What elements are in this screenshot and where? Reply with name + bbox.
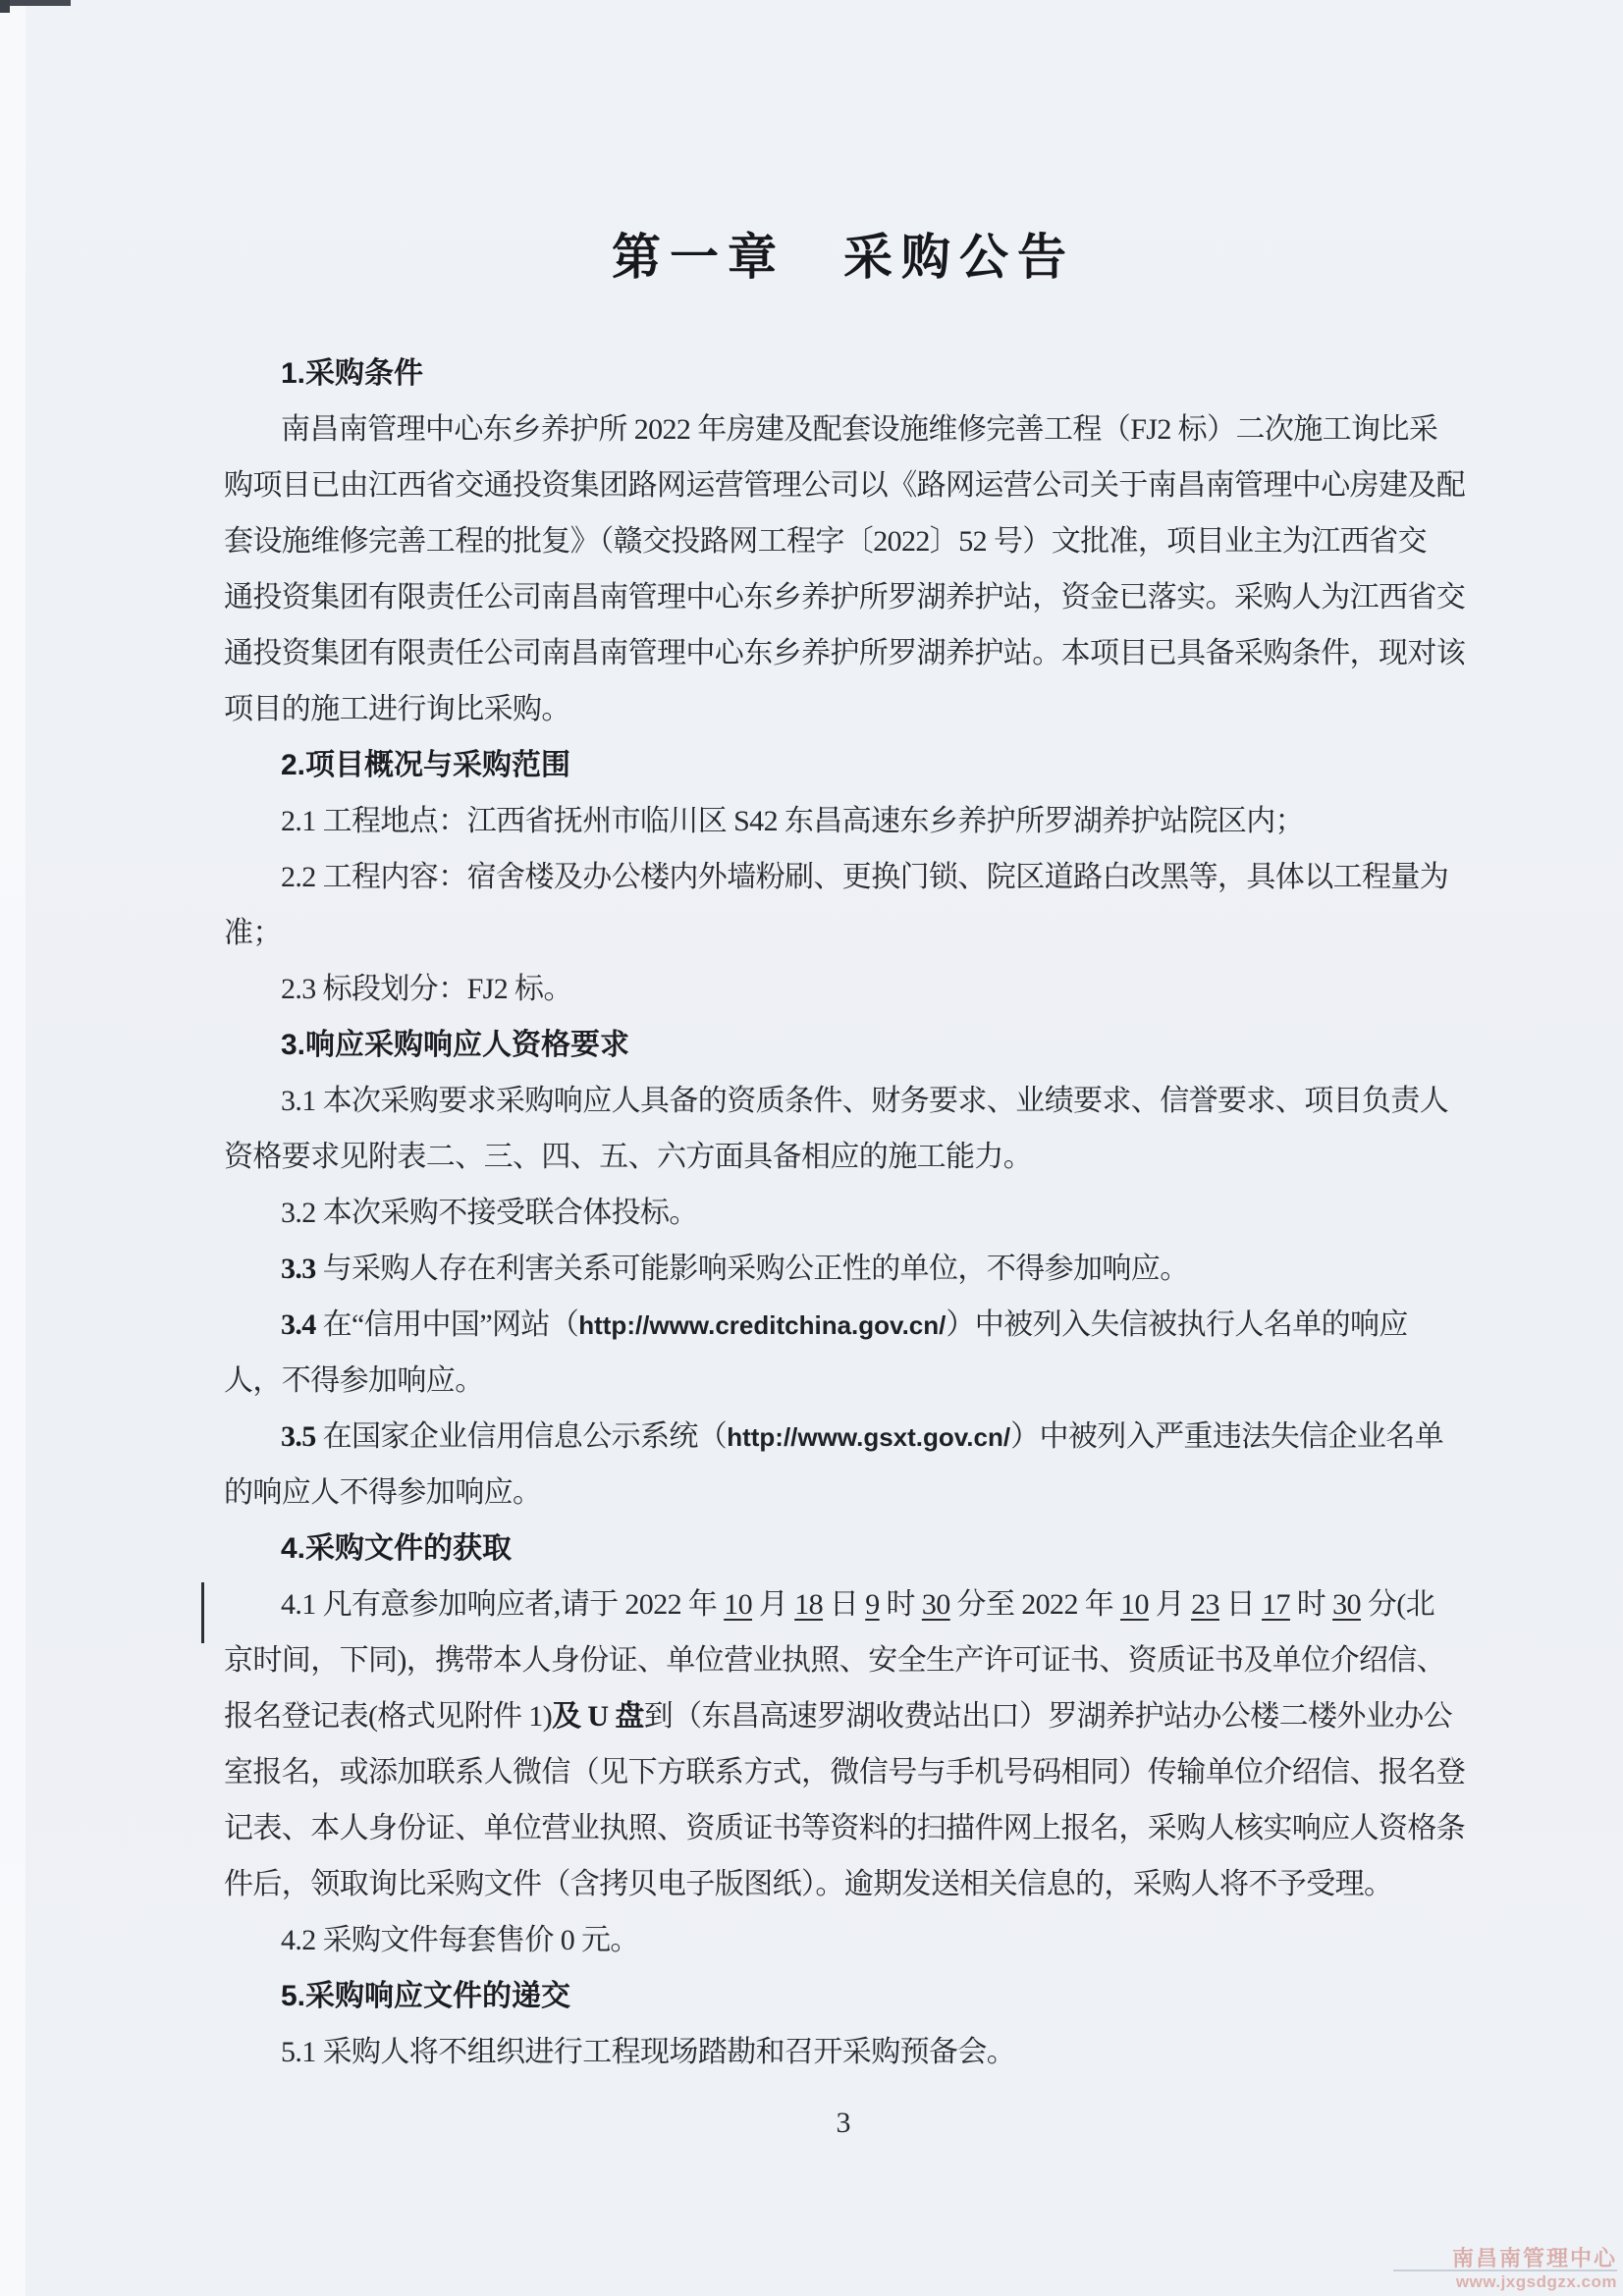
text-segment: 购项目已由江西省交通投资集团路网运营管理公司以《路网运营公司关于南昌南管理中心房…	[224, 469, 1465, 502]
page-number: 3	[224, 2107, 1463, 2140]
item-2-1: 2.1 工程地点：江西省抚州市临川区 S42 东昌高速东乡养护所罗湖养护站院区内…	[224, 793, 1469, 849]
text-segment: 3.响应采购响应人资格要求	[281, 1029, 629, 1061]
text-segment: 3.4	[281, 1308, 316, 1341]
text-segment: 报名登记表(格式见附件 1)	[224, 1700, 552, 1733]
text-segment: 23	[1191, 1588, 1219, 1621]
text-segment: 2.3 标段划分：FJ2 标。	[281, 973, 572, 1005]
paragraph-line: 人，不得参加响应。	[224, 1353, 1469, 1409]
item-3-2: 3.2 本次采购不接受联合体投标。	[224, 1185, 1469, 1241]
text-segment: 通投资集团有限责任公司南昌南管理中心东乡养护所罗湖养护站。本项目已具备采购条件，…	[224, 637, 1465, 669]
watermark-site-url: www.jxgsdgzx.com	[1452, 2272, 1617, 2292]
section-heading-3: 3.响应采购响应人资格要求	[224, 1017, 1469, 1073]
text-segment: 4.2 采购文件每套售价 0 元。	[281, 1924, 639, 1956]
text-segment: 日	[1219, 1588, 1262, 1621]
paragraph-line: 准；	[224, 905, 1469, 961]
section-heading-2: 2.项目概况与采购范围	[224, 737, 1469, 793]
text-segment: 人，不得参加响应。	[224, 1364, 484, 1397]
paragraph-line: 资格要求见附表二、三、四、五、六方面具备相应的施工能力。	[224, 1129, 1469, 1185]
item-4-1: 4.1 凡有意参加响应者,请于 2022 年 10 月 18 日 9 时 30 …	[224, 1576, 1469, 1632]
text-segment: 套设施维修完善工程的批复》（赣交投路网工程字〔2022〕52 号）文批准，项目业…	[224, 525, 1427, 558]
text-segment: 2.1 工程地点：江西省抚州市临川区 S42 东昌高速东乡养护所罗湖养护站院区内…	[281, 805, 1304, 837]
text-segment: 项目的施工进行询比采购。	[224, 693, 570, 725]
text-segment: 到（东昌高速罗湖收费站出口）罗湖养护站办公楼二楼外业办公	[644, 1700, 1452, 1733]
item-3-3: 3.3 与采购人存在利害关系可能影响采购公正性的单位，不得参加响应。	[224, 1241, 1469, 1297]
text-segment: 3.3	[281, 1253, 316, 1285]
paragraph-line: 项目的施工进行询比采购。	[224, 681, 1469, 737]
text-segment: 4.采购文件的获取	[281, 1532, 512, 1565]
text-segment: 的响应人不得参加响应。	[224, 1476, 541, 1509]
paragraph-line: 的响应人不得参加响应。	[224, 1465, 1469, 1521]
section-heading-1: 1.采购条件	[224, 346, 1469, 401]
section-heading-4: 4.采购文件的获取	[224, 1521, 1469, 1576]
section-heading-5: 5.采购响应文件的递交	[224, 1968, 1469, 2024]
text-segment: 日	[823, 1588, 865, 1621]
text-segment: 京时间，下同)，携带本人身份证、单位营业执照、安全生产许可证书、资质证书及单位介…	[224, 1644, 1445, 1677]
item-3-1: 3.1 本次采购要求采购响应人具备的资质条件、财务要求、业绩要求、信誉要求、项目…	[224, 1073, 1469, 1129]
scan-edge-artifact	[0, 0, 26, 2296]
text-segment: 10	[1120, 1588, 1149, 1621]
text-segment: 准；	[224, 917, 282, 949]
url-text: http://www.gsxt.gov.cn/	[727, 1422, 1010, 1452]
text-segment: 及 U 盘	[552, 1700, 644, 1733]
text-segment: 9	[865, 1588, 879, 1621]
text-segment: 件后，领取询比采购文件（含拷贝电子版图纸）。逾期发送相关信息的，采购人将不予受理…	[224, 1868, 1392, 1900]
text-segment: 室报名，或添加联系人微信（见下方联系方式，微信号与手机号码相同）传输单位介绍信、…	[224, 1756, 1465, 1789]
paragraph-line: 套设施维修完善工程的批复》（赣交投路网工程字〔2022〕52 号）文批准，项目业…	[224, 513, 1469, 569]
watermark-site-name: 南昌南管理中心	[1452, 2242, 1617, 2272]
text-segment: 5.采购响应文件的递交	[281, 1980, 570, 2012]
paragraph-line: 通投资集团有限责任公司南昌南管理中心东乡养护所罗湖养护站。本项目已具备采购条件，…	[224, 625, 1469, 681]
text-segment: 时	[1290, 1588, 1332, 1621]
item-5-1: 5.1 采购人将不组织进行工程现场踏勘和召开采购预备会。	[224, 2024, 1469, 2080]
scanned-document-page: 第一章 采购公告 1.采购条件南昌南管理中心东乡养护所 2022 年房建及配套设…	[0, 0, 1623, 2296]
text-segment: 17	[1262, 1588, 1290, 1621]
text-segment: 4.1 凡有意参加响应者,请于 2022 年	[281, 1588, 724, 1621]
text-segment: 月	[752, 1588, 794, 1621]
text-segment: 在国家企业信用信息公示系统（	[316, 1420, 728, 1453]
margin-mark	[201, 1582, 204, 1643]
scan-edge-artifact	[0, 0, 10, 13]
text-segment: 月	[1149, 1588, 1191, 1621]
text-segment: 时	[880, 1588, 922, 1621]
text-segment: 3.5	[281, 1420, 316, 1453]
text-segment: 30	[922, 1588, 950, 1621]
scan-edge-artifact	[0, 0, 71, 6]
text-segment: 与采购人存在利害关系可能影响采购公正性的单位，不得参加响应。	[316, 1253, 1189, 1285]
url-text: http://www.creditchina.gov.cn/	[578, 1310, 946, 1340]
watermark: 南昌南管理中心 www.jxgsdgzx.com	[1452, 2242, 1617, 2292]
paragraph-line: 南昌南管理中心东乡养护所 2022 年房建及配套设施维修完善工程（FJ2 标）二…	[224, 401, 1469, 457]
paragraph-line: 室报名，或添加联系人微信（见下方联系方式，微信号与手机号码相同）传输单位介绍信、…	[224, 1744, 1469, 1800]
item-3-4: 3.4 在“信用中国”网站（http://www.creditchina.gov…	[224, 1297, 1469, 1353]
text-segment: 分至 2022 年	[950, 1588, 1120, 1621]
text-segment: 南昌南管理中心东乡养护所 2022 年房建及配套设施维修完善工程（FJ2 标）二…	[281, 413, 1437, 446]
paragraph-line: 通投资集团有限责任公司南昌南管理中心东乡养护所罗湖养护站，资金已落实。采购人为江…	[224, 569, 1469, 625]
document-body: 1.采购条件南昌南管理中心东乡养护所 2022 年房建及配套设施维修完善工程（F…	[224, 346, 1469, 2080]
paragraph-line: 购项目已由江西省交通投资集团路网运营管理公司以《路网运营公司关于南昌南管理中心房…	[224, 457, 1469, 513]
text-segment: 2.2 工程内容：宿舍楼及办公楼内外墙粉刷、更换门锁、院区道路白改黑等，具体以工…	[281, 861, 1448, 893]
text-segment: 记表、本人身份证、单位营业执照、资质证书等资料的扫描件网上报名，采购人核实响应人…	[224, 1812, 1465, 1844]
paragraph-line: 京时间，下同)，携带本人身份证、单位营业执照、安全生产许可证书、资质证书及单位介…	[224, 1632, 1469, 1688]
item-3-5: 3.5 在国家企业信用信息公示系统（http://www.gsxt.gov.cn…	[224, 1409, 1469, 1465]
text-segment: ）中被列入严重违法失信企业名单	[1010, 1420, 1443, 1453]
item-2-2: 2.2 工程内容：宿舍楼及办公楼内外墙粉刷、更换门锁、院区道路白改黑等，具体以工…	[224, 849, 1469, 905]
text-segment: ）中被列入失信被执行人名单的响应	[946, 1308, 1407, 1341]
text-segment: 在“信用中国”网站（	[316, 1308, 579, 1341]
text-segment: 18	[794, 1588, 823, 1621]
text-segment: 分(北	[1361, 1588, 1434, 1621]
item-4-2: 4.2 采购文件每套售价 0 元。	[224, 1912, 1469, 1968]
text-segment: 2.项目概况与采购范围	[281, 749, 570, 781]
paragraph-line: 件后，领取询比采购文件（含拷贝电子版图纸）。逾期发送相关信息的，采购人将不予受理…	[224, 1856, 1469, 1912]
text-segment: 30	[1332, 1588, 1361, 1621]
paragraph-line: 报名登记表(格式见附件 1)及 U 盘到（东昌高速罗湖收费站出口）罗湖养护站办公…	[224, 1688, 1469, 1744]
text-segment: 资格要求见附表二、三、四、五、六方面具备相应的施工能力。	[224, 1141, 1032, 1173]
text-segment: 通投资集团有限责任公司南昌南管理中心东乡养护所罗湖养护站，资金已落实。采购人为江…	[224, 581, 1465, 614]
item-2-3: 2.3 标段划分：FJ2 标。	[224, 961, 1469, 1017]
text-segment: 5.1 采购人将不组织进行工程现场踏勘和召开采购预备会。	[281, 2036, 1015, 2068]
paragraph-line: 记表、本人身份证、单位营业执照、资质证书等资料的扫描件网上报名，采购人核实响应人…	[224, 1800, 1469, 1856]
text-segment: 3.1 本次采购要求采购响应人具备的资质条件、财务要求、业绩要求、信誉要求、项目…	[281, 1085, 1448, 1117]
text-segment: 3.2 本次采购不接受联合体投标。	[281, 1197, 698, 1229]
page-title: 第一章 采购公告	[224, 218, 1463, 289]
text-segment: 1.采购条件	[281, 357, 423, 390]
text-segment: 10	[724, 1588, 752, 1621]
